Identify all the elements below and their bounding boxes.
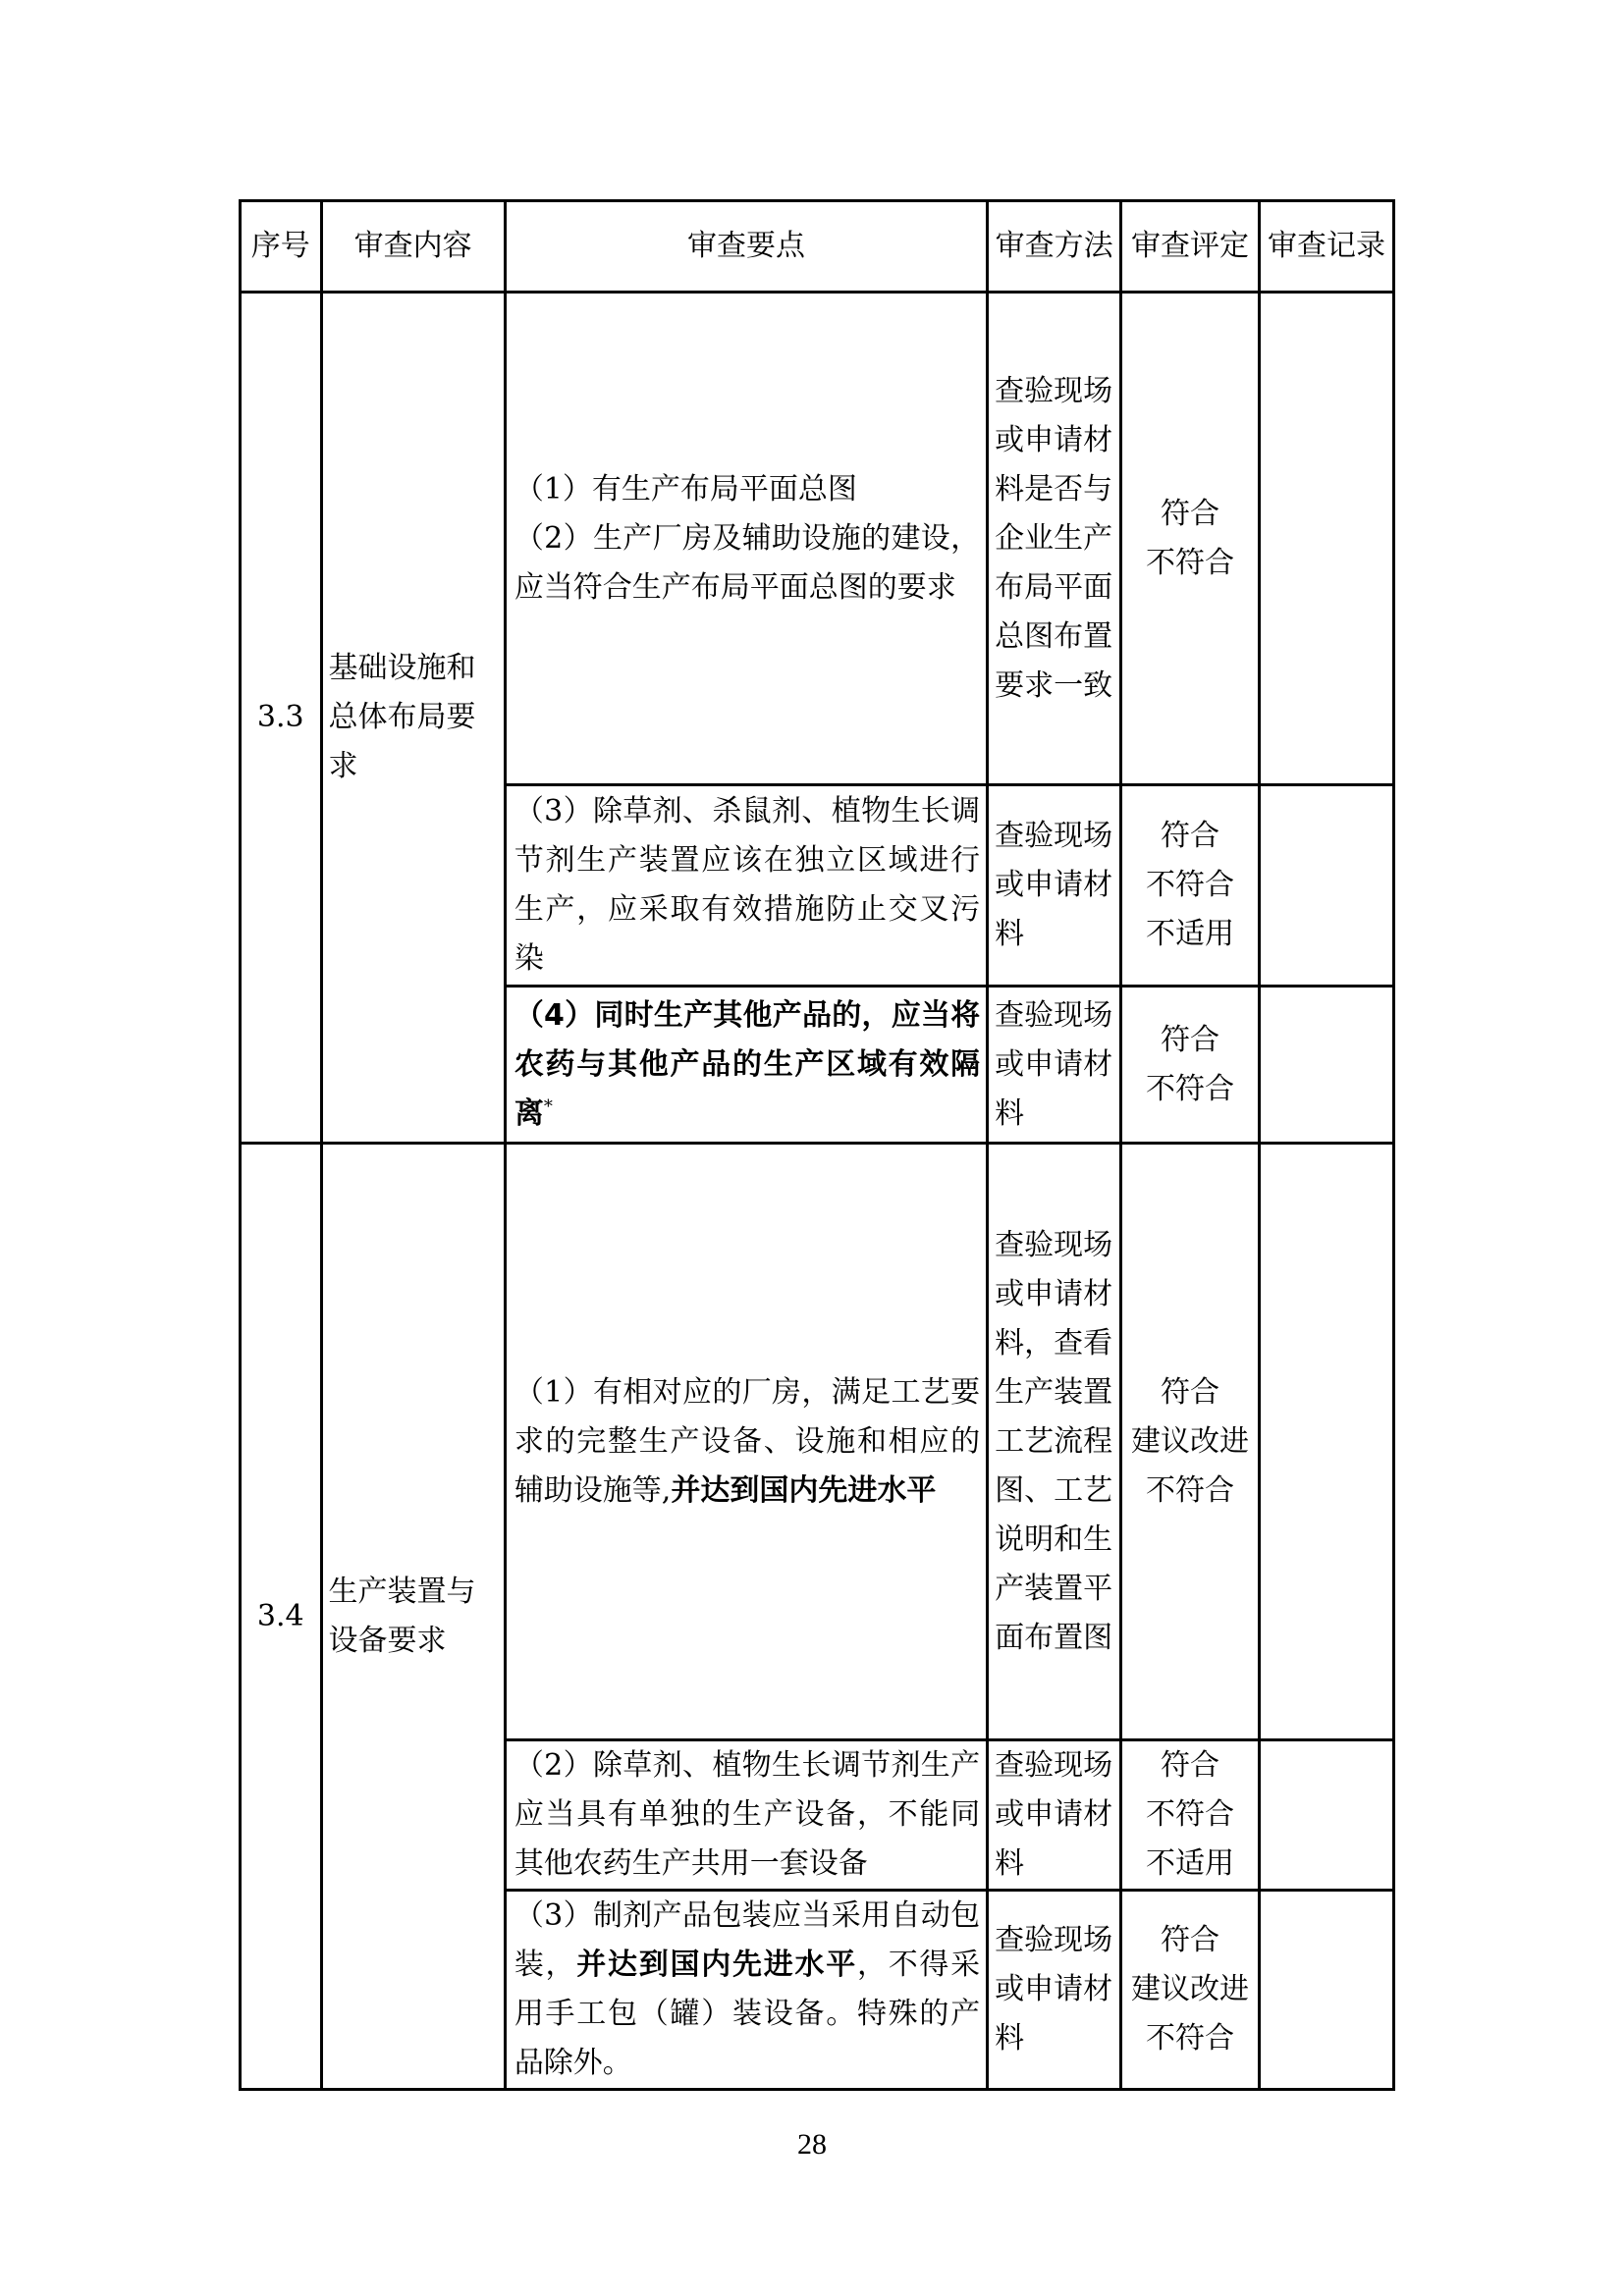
document-page: 序号 审查内容 审查要点 审查方法 审查评定 审查记录 3.3 基础设施和总体布…	[0, 0, 1624, 2296]
evaluation-option: 不符合	[1122, 1790, 1258, 1840]
header-no: 序号	[241, 201, 322, 293]
section-content: 基础设施和总体布局要求	[321, 293, 505, 1144]
audit-evaluation: 符合 不符合	[1121, 987, 1260, 1144]
evaluation-option: 建议改进	[1122, 1965, 1258, 2014]
audit-point-line: （2）生产厂房及辅助设施的建设，应当符合生产布局平面总图的要求	[514, 514, 980, 613]
table-header-row: 序号 审查内容 审查要点 审查方法 审查评定 审查记录	[241, 201, 1394, 293]
table-row: 3.4 生产装置与设备要求 （1）有相对应的厂房，满足工艺要求的完整生产设备、设…	[241, 1144, 1394, 1740]
evaluation-option: 建议改进	[1122, 1417, 1258, 1467]
evaluation-option: 不符合	[1122, 1467, 1258, 1516]
section-content: 生产装置与设备要求	[321, 1144, 505, 2090]
audit-method: 查验现场或申请材料	[988, 1740, 1121, 1891]
evaluation-option: 符合	[1122, 1016, 1258, 1065]
table-row: 3.3 基础设施和总体布局要求 （1）有生产布局平面总图 （2）生产厂房及辅助设…	[241, 293, 1394, 785]
evaluation-option: 符合	[1122, 1368, 1258, 1417]
audit-record[interactable]	[1260, 1740, 1394, 1891]
header-content: 审查内容	[321, 201, 505, 293]
audit-method: 查验现场或申请材料，查看生产装置工艺流程图、工艺说明和生产装置平面布置图	[988, 1144, 1121, 1740]
audit-evaluation: 符合 不符合 不适用	[1121, 785, 1260, 987]
audit-point-bold: 并达到国内先进水平	[576, 1948, 857, 1982]
header-method: 审查方法	[988, 201, 1121, 293]
evaluation-option: 不适用	[1122, 910, 1258, 959]
header-points: 审查要点	[505, 201, 987, 293]
audit-evaluation: 符合 不符合 不适用	[1121, 1740, 1260, 1891]
audit-method: 查验现场或申请材料	[988, 1891, 1121, 2090]
evaluation-option: 符合	[1122, 812, 1258, 861]
evaluation-option: 不适用	[1122, 1840, 1258, 1889]
audit-points: （3）制剂产品包装应当采用自动包装，并达到国内先进水平，不得采用手工包（罐）装设…	[505, 1891, 987, 2090]
audit-points: （4）同时生产其他产品的，应当将农药与其他产品的生产区域有效隔离*	[505, 987, 987, 1144]
audit-method: 查验现场或申请材料是否与企业生产布局平面总图布置要求一致	[988, 293, 1121, 785]
section-number: 3.4	[241, 1144, 322, 2090]
audit-evaluation: 符合 不符合	[1121, 293, 1260, 785]
audit-record[interactable]	[1260, 987, 1394, 1144]
audit-evaluation: 符合 建议改进 不符合	[1121, 1144, 1260, 1740]
audit-point-line: （1）有生产布局平面总图	[514, 465, 980, 514]
evaluation-option: 不符合	[1122, 2014, 1258, 2063]
audit-record[interactable]	[1260, 785, 1394, 987]
header-evaluation: 审查评定	[1121, 201, 1260, 293]
audit-points: （2）除草剂、植物生长调节剂生产应当具有单独的生产设备，不能同其他农药生产共用一…	[505, 1740, 987, 1891]
evaluation-option: 不符合	[1122, 861, 1258, 910]
audit-table: 序号 审查内容 审查要点 审查方法 审查评定 审查记录 3.3 基础设施和总体布…	[239, 199, 1395, 2091]
audit-points: （3）除草剂、杀鼠剂、植物生长调节剂生产装置应该在独立区域进行生产，应采取有效措…	[505, 785, 987, 987]
evaluation-option: 符合	[1122, 1916, 1258, 1965]
evaluation-option: 符合	[1122, 490, 1258, 539]
audit-points: （1）有相对应的厂房，满足工艺要求的完整生产设备、设施和相应的辅助设施等,并达到…	[505, 1144, 987, 1740]
audit-evaluation: 符合 建议改进 不符合	[1121, 1891, 1260, 2090]
audit-point-bold: 并达到国内先进水平	[671, 1473, 936, 1508]
audit-method: 查验现场或申请材料	[988, 987, 1121, 1144]
evaluation-option: 不符合	[1122, 539, 1258, 588]
evaluation-option: 符合	[1122, 1741, 1258, 1790]
audit-point-bold: （4）同时生产其他产品的，应当将农药与其他产品的生产区域有效隔离	[514, 998, 980, 1131]
header-record: 审查记录	[1260, 201, 1394, 293]
audit-method: 查验现场或申请材料	[988, 785, 1121, 987]
audit-record[interactable]	[1260, 1891, 1394, 2090]
evaluation-option: 不符合	[1122, 1065, 1258, 1114]
section-number: 3.3	[241, 293, 322, 1144]
page-number: 28	[0, 2128, 1624, 2162]
audit-record[interactable]	[1260, 1144, 1394, 1740]
audit-record[interactable]	[1260, 293, 1394, 785]
audit-points: （1）有生产布局平面总图 （2）生产厂房及辅助设施的建设，应当符合生产布局平面总…	[505, 293, 987, 785]
key-item-mark: *	[544, 1096, 553, 1117]
